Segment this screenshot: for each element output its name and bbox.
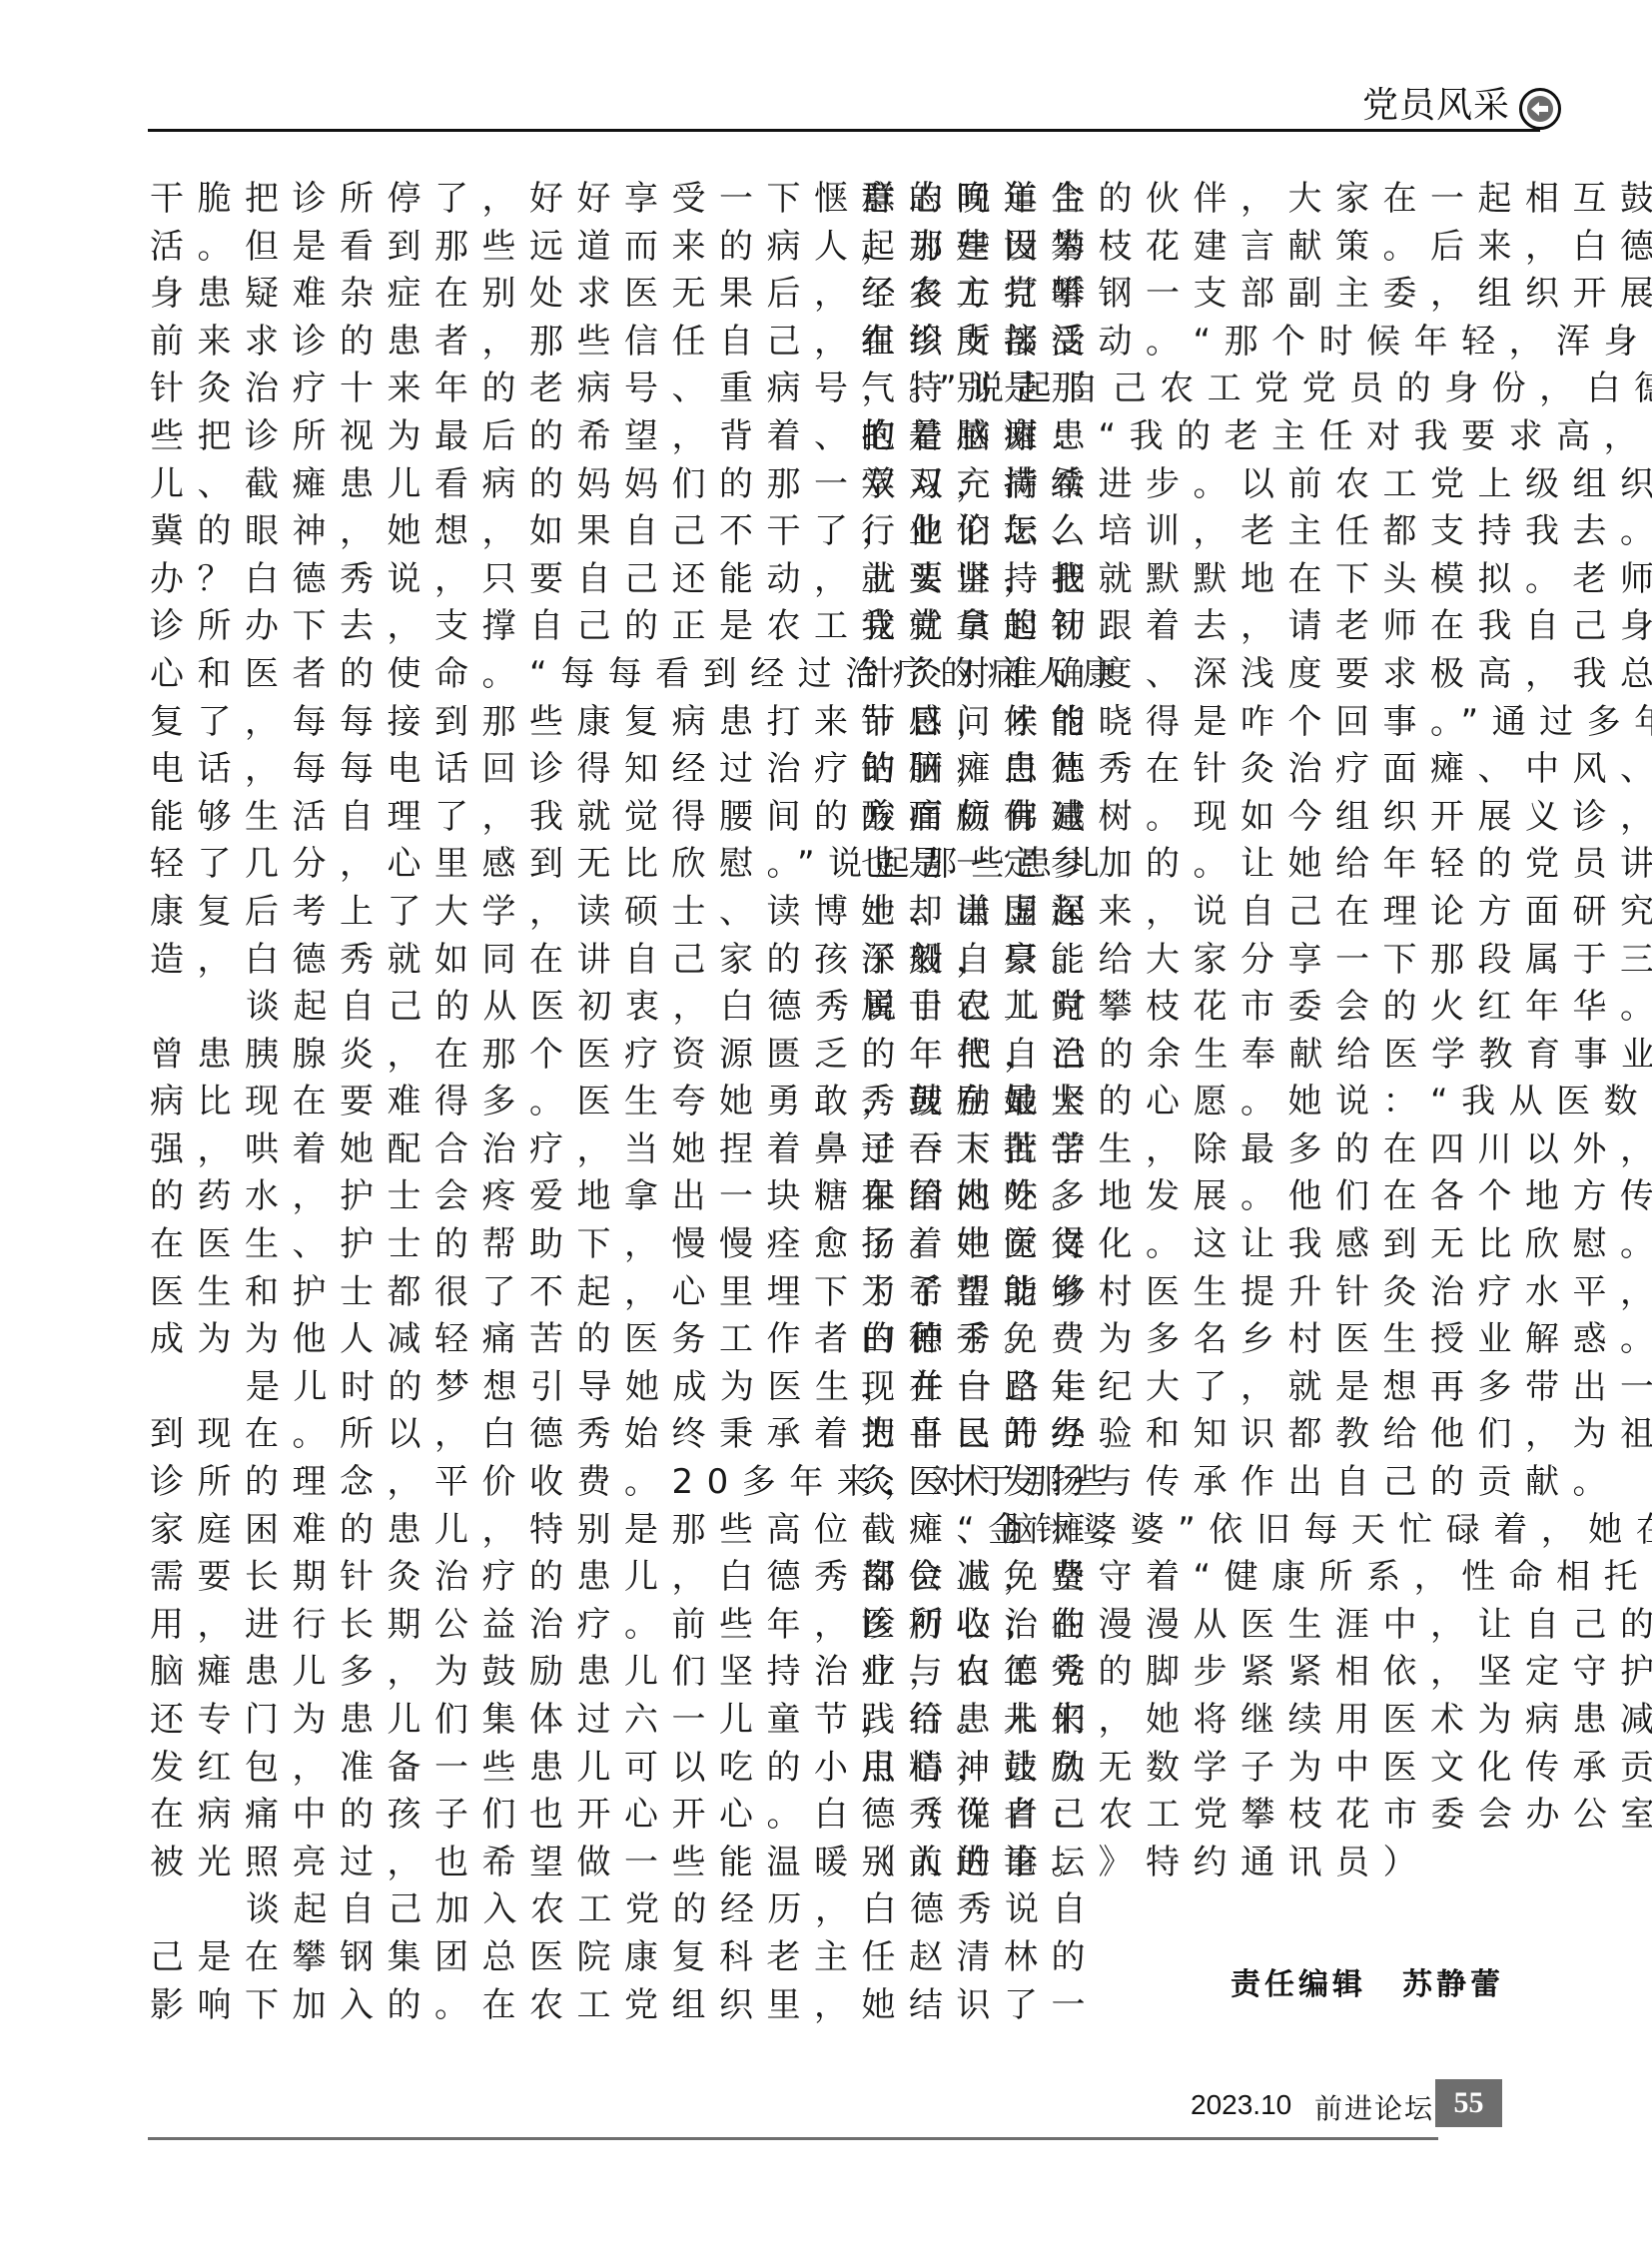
text-line: 电话，每每电话回诊得知经过治疗的脑瘫患儿 <box>150 746 789 794</box>
text-line: 也是一定参加的。让她给年轻的党员讲讲党课， <box>861 841 1512 889</box>
header-rule <box>148 129 1540 132</box>
text-line: 我就拿起针跟着去，请老师在我自己身上下针。 <box>861 603 1512 651</box>
text-line: 起为建设攀枝花建言献策。后来，白德秀担任 <box>861 224 1512 272</box>
text-line: 影响下加入的。在农工党组织里，她结识了一 <box>150 1982 789 2030</box>
text-line: 些把诊所视为最后的希望，背着、抱着脑瘫患 <box>150 413 789 461</box>
text-line: 学习，持续进步。以前农工党上级组织开办的 <box>861 461 1512 509</box>
editor-credit: 责任编辑苏静蕾 <box>1231 1959 1504 2003</box>
text-line: 扬着中医文化。这让我感到无比欣慰。”同时， <box>861 1221 1512 1269</box>
text-line: 儿、截瘫患儿看病的妈妈们的那一双双充满希 <box>150 461 789 509</box>
text-line: 组织支部活动。“那个时候年轻，浑身都是力 <box>861 319 1512 367</box>
editor-name: 苏静蕾 <box>1402 1967 1504 2002</box>
page-number: 55 <box>1435 2079 1502 2127</box>
text-line: 为了帮助乡村医生提升针灸治疗水平，多年来， <box>861 1269 1512 1317</box>
text-line: 把自己的余生奉献给医学教育事业是白德 <box>861 1032 1512 1080</box>
text-line: 岗位上，坚守着“健康所系，性命相托”的从 <box>861 1554 1512 1602</box>
text-line: 过一大批学生，除最多的在四川以外，也有的 <box>861 1126 1512 1174</box>
text-line: 还专门为患儿们集体过六一儿童节，给患儿们 <box>150 1697 789 1745</box>
text-line: 康复后考上了大学，读硕士、读博士、出国深 <box>150 889 789 937</box>
text-line: 了农工党攀钢一支部副主委，组织开展义诊， <box>861 271 1512 319</box>
text-line: 是儿时的梦想引导她成为医生，并一路走 <box>150 1364 789 1412</box>
text-line: 诊所办下去，支撑自己的正是农工党党员的初 <box>150 603 789 651</box>
text-line: 针灸治疗十来年的老病号、重病号，特别是那 <box>150 366 789 413</box>
text-line: 群志同道合的伙伴，大家在一起相互鼓励，一 <box>861 176 1512 224</box>
text-line: （作者：农工党攀枝花市委会办公室副主任、 <box>861 1792 1512 1840</box>
text-line: 强，哄着她配合治疗，当她捏着鼻子吞下苦苦 <box>150 1126 789 1174</box>
text-line: 深刻，只能给大家分享一下那段属于三线建设、 <box>861 937 1512 985</box>
text-line: 她却谦虚起来，说自己在理论方面研究得并不 <box>861 889 1512 937</box>
text-line: 谈起自己的从医初衷，白德秀说自己儿时 <box>150 984 789 1032</box>
text-line: 的是感谢：“我的老主任对我要求高，要我坚持 <box>861 413 1512 461</box>
text-line: 成为为他人减轻痛苦的医务工作者的种子。 <box>150 1316 789 1364</box>
editor-label: 责任编辑 <box>1231 1967 1366 2002</box>
text-line: 己是在攀钢集团总医院康复科老主任赵清林的 <box>150 1934 789 1982</box>
text-line: 到现在。所以，白德秀始终秉承着为平民开办 <box>150 1411 789 1459</box>
text-line: 在国内外多地发展。他们在各个地方传承并发 <box>861 1173 1512 1221</box>
text-line: 方面颇有建树。现如今组织开展义诊，白德秀 <box>861 794 1512 842</box>
text-line: 用精神鼓励无数学子为中医文化传承贡献力量。 <box>861 1745 1512 1793</box>
text-line: 办？白德秀说，只要自己还能动，就要坚持把 <box>150 556 789 604</box>
journal-name: 前进论坛 <box>1314 2087 1434 2127</box>
text-line: 发红包，准备一些患儿可以吃的小点心，让久 <box>150 1745 789 1793</box>
text-line: 活。但是看到那些远道而来的病人，那些因为 <box>150 224 789 272</box>
text-line: 诊所的理念，平价收费。20多年来，对于那些 <box>150 1459 789 1507</box>
text-line: 脑瘫患儿多，为鼓励患儿们坚持治疗，白德秀 <box>150 1649 789 1697</box>
text-line: 心和医者的使命。“每每看到经过治疗的病人康 <box>150 651 789 699</box>
text-line: 干脆把诊所停了，好好享受一下惬意的晚年生 <box>150 176 789 224</box>
text-line: 谈起自己加入农工党的经历，白德秀说自 <box>150 1886 789 1934</box>
text-line: 的药水，护士会疼爱地拿出一块糖果给她吃。 <box>150 1173 789 1221</box>
text-line: 针感，才能晓得是咋个回事。”通过多年的刻苦 <box>861 699 1512 747</box>
article-column-right: 群志同道合的伙伴，大家在一起相互鼓励，一起为建设攀枝花建言献策。后来，白德秀担任… <box>861 176 1512 1886</box>
section-title: 党员风采 <box>1362 84 1510 128</box>
article-column-left: 干脆把诊所停了，好好享受一下惬意的晚年生活。但是看到那些远道而来的病人，那些因为… <box>150 176 789 2029</box>
text-line: 轻了几分，心里感到无比欣慰。”说起那些患儿 <box>150 841 789 889</box>
text-line: 气。”说起自己农工党党员的身份，白德秀更多 <box>861 366 1512 413</box>
text-line: 业与农工党的脚步紧紧相依，坚定守护、传承、 <box>861 1649 1512 1697</box>
footer-rule <box>148 2137 1438 2140</box>
text-line: 冀的眼神，她想，如果自己不干了，他们怎么 <box>150 508 789 556</box>
arrow-left-circle-icon <box>1519 88 1561 130</box>
text-line: 被光照亮过，也希望做一些能温暖别人的事。 <box>150 1840 789 1887</box>
text-line: 需要长期针灸治疗的患儿，白德秀都会减免费 <box>150 1554 789 1602</box>
text-line: 在医生、护士的帮助下，慢慢痊愈了。她觉得 <box>150 1221 789 1269</box>
issue-date: 2023.10 <box>1191 2089 1291 2121</box>
text-line: 病比现在要难得多。医生夸她勇敢，鼓励她坚 <box>150 1079 789 1126</box>
text-line: 针灸对准确度、深浅度要求极高，我总要试试 <box>861 651 1512 699</box>
text-line: 秀现在最大的心愿。她说：“我从医数十载也带 <box>861 1079 1512 1126</box>
text-line: 属于农工党攀枝花市委会的火红年华。 <box>861 984 1512 1032</box>
text-line: 在病痛中的孩子们也开心开心。白德秀说自己 <box>150 1792 789 1840</box>
text-line: 曾患胰腺炎，在那个医疗资源匮乏的年代，治 <box>150 1032 789 1080</box>
text-line: 复了，每每接到那些康复病患打来节日问候的 <box>150 699 789 747</box>
text-line: 践行。未来，她将继续用医术为病患减轻痛苦， <box>861 1697 1512 1745</box>
text-line: 现在自己年纪大了，就是想再多带出一批学生， <box>861 1364 1512 1412</box>
text-line: 造，白德秀就如同在讲自己家的孩子般自豪。 <box>150 937 789 985</box>
text-line: 钻研，白德秀在针灸治疗面瘫、中风、脑瘫等 <box>861 746 1512 794</box>
text-line: 身患疑难杂症在别处求医无果后，经多方打听 <box>150 271 789 319</box>
text-line: 把自己的经验和知识都教给他们，为祖国的针 <box>861 1411 1512 1459</box>
text-line: 《前进论坛》特约通讯员） <box>861 1840 1512 1887</box>
text-line: 医初心；在漫漫从医生涯中，让自己的医学事 <box>861 1602 1512 1650</box>
text-line: 灸医术发扬与传承作出自己的贡献。 <box>861 1459 1512 1507</box>
text-line: “金针婆婆”依旧每天忙碌着，她在平凡的 <box>861 1507 1512 1555</box>
text-line: 能够生活自理了，我就觉得腰间的酸痛仿佛减 <box>150 794 789 842</box>
text-line: 前来求诊的患者，那些信任自己，在诊所接受 <box>150 319 789 367</box>
text-line: 家庭困难的患儿，特别是那些高位截瘫、脑瘫， <box>150 1507 789 1555</box>
text-line: 用，进行长期公益治疗。前些年，诊所收治的 <box>150 1602 789 1650</box>
text-line: 行业论坛、培训，老主任都支持我去。老师在 <box>861 508 1512 556</box>
text-line: 白德秀免费为多名乡村医生授业解惑。她想着， <box>861 1316 1512 1364</box>
text-line: 医生和护士都很了不起，心里埋下了希望能够 <box>150 1269 789 1317</box>
text-line: 上头讲，我就默默地在下头模拟。老师讲完了， <box>861 556 1512 604</box>
